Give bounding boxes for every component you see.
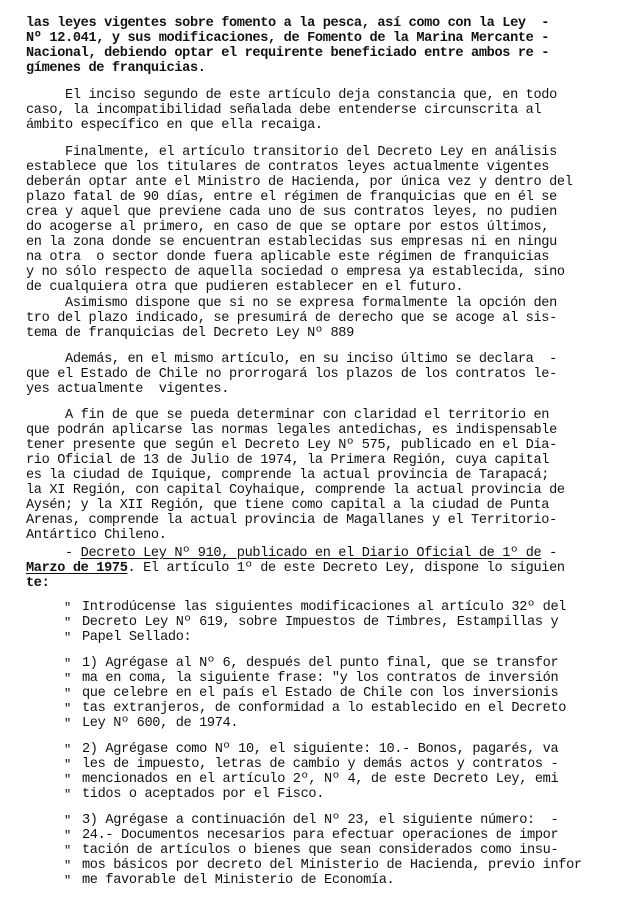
text-line: 3) Agrégase a continuación del Nº 23, el… [82, 813, 558, 828]
quote-mark: " [64, 631, 71, 646]
quote-mark: " [64, 829, 71, 844]
text-line: Aysén; y la XII Región, que tiene como c… [26, 498, 549, 513]
quote-mark: " [64, 601, 71, 616]
text-line: rio Oficial de 13 de Julio de 1974, la P… [26, 453, 549, 468]
text-line: la XI Región, con capital Coyhaique, com… [26, 483, 565, 498]
text-line: que celebre en el país el Estado de Chil… [82, 686, 558, 701]
quote-mark: " [64, 814, 71, 829]
text-line: que el Estado de Chile no prorrogará los… [26, 367, 557, 382]
document-page: las leyes vigentes sobre fomento a la pe… [0, 0, 630, 919]
text-line: Papel Sellado: [82, 630, 191, 645]
text-line: establece que los titulares de contratos… [26, 160, 549, 175]
text-line: na otra o sector donde fuera aplicable e… [26, 250, 549, 265]
text-line: y no sólo respecto de aquella sociedad o… [26, 265, 565, 280]
text-line: caso, la incompatibilidad señalada debe … [26, 103, 541, 118]
text-line: tidos o aceptados por el Fisco. [82, 787, 324, 802]
text-line: les de impuesto, letras de cambio y demá… [82, 757, 558, 772]
text-line: es la ciudad de Iquique, comprende la ac… [26, 468, 549, 483]
text-line: Decreto Ley Nº 619, sobre Impuestos de T… [82, 615, 558, 630]
text-line: Ley Nº 600, de 1974. [82, 716, 238, 731]
text-line: do acogerse al primero, en caso de que s… [26, 220, 549, 235]
text-line: tación de artículos o bienes que sean co… [82, 843, 558, 858]
quote-mark: " [64, 844, 71, 859]
quote-mark: " [64, 702, 71, 717]
heading-rest: . El artículo 1º de este Decreto Ley, di… [128, 561, 565, 576]
text-line: tas extranjeros, de conformidad a lo est… [82, 701, 566, 716]
quote-mark: " [64, 859, 71, 874]
text-line: ma en coma, la siguiente frase: "y los c… [82, 671, 558, 686]
text-line: 1) Agrégase al Nº 6, después del punto f… [82, 656, 558, 671]
text-line: gímenes de franquicias. [26, 61, 206, 76]
quote-mark: " [64, 657, 71, 672]
text-line: plazo fatal de 90 días, entre el régimen… [26, 190, 557, 205]
text-line: las leyes vigentes sobre fomento a la pe… [26, 16, 549, 31]
quote-mark: " [64, 717, 71, 732]
text-line: deberán optar ante el Ministro de Hacien… [26, 175, 573, 190]
text-line: Marzo de 1975. El artículo 1º de este De… [26, 561, 565, 576]
quote-mark: " [64, 758, 71, 773]
text-line: Nº 12.041, y sus modificaciones, de Fome… [26, 31, 549, 46]
text-line: crea y aquel que previene cada uno de su… [26, 205, 557, 220]
hyphen: - [541, 546, 557, 561]
quote-mark: " [64, 773, 71, 788]
text-line: Introdúcense las siguientes modificacion… [82, 600, 566, 615]
text-line: Finalmente, el artículo transitorio del … [26, 145, 557, 160]
text-line: Asimismo dispone que si no se expresa fo… [26, 296, 557, 311]
text-line: que podrán aplicarse las normas legales … [26, 423, 557, 438]
text-line: ámbito específico en que ella recaiga. [26, 118, 323, 133]
text-line: tener presente que según el Decreto Ley … [26, 438, 557, 453]
quote-mark: " [64, 672, 71, 687]
text-line: mencionados en el artículo 2º, Nº 4, de … [82, 772, 558, 787]
text-line: - Decreto Ley Nº 910, publicado en el Di… [26, 546, 557, 561]
text-line: me favorable del Ministerio de Economía. [82, 873, 394, 888]
text-line: A fin de que se pueda determinar con cla… [26, 408, 549, 423]
decree-title-underlined: Decreto Ley Nº 910, publicado en el Diar… [81, 546, 542, 561]
quote-mark: " [64, 616, 71, 631]
text-line: tema de franquicias del Decreto Ley Nº 8… [26, 326, 354, 341]
quote-mark: " [64, 687, 71, 702]
text-line: de cualquiera otra que pudieren establec… [26, 280, 463, 295]
decree-date-underlined: Marzo de 1975 [26, 561, 128, 576]
quote-mark: " [64, 874, 71, 889]
text-line: mos básicos por decreto del Ministerio d… [82, 858, 582, 873]
text-line: en la zona donde se encuentran estableci… [26, 235, 557, 250]
text-line: 2) Agrégase como Nº 10, el siguiente: 10… [82, 742, 558, 757]
text-line: Antártico Chileno. [26, 528, 167, 543]
text-line: tro del plazo indicado, se presumirá de … [26, 311, 557, 326]
text-line: Arenas, comprende la actual provincia de… [26, 513, 557, 528]
quote-mark: " [64, 788, 71, 803]
text-line: 24.- Documentos necesarios para efectuar… [82, 828, 558, 843]
quote-mark: " [64, 743, 71, 758]
text-line: Además, en el mismo artículo, en su inci… [26, 352, 557, 367]
text-line: te: [26, 576, 49, 591]
heading-dash: - [26, 546, 81, 561]
text-line: Nacional, debiendo optar el requirente b… [26, 46, 549, 61]
text-line: yes actualmente vigentes. [26, 382, 229, 397]
text-line: El inciso segundo de este artículo deja … [26, 88, 557, 103]
